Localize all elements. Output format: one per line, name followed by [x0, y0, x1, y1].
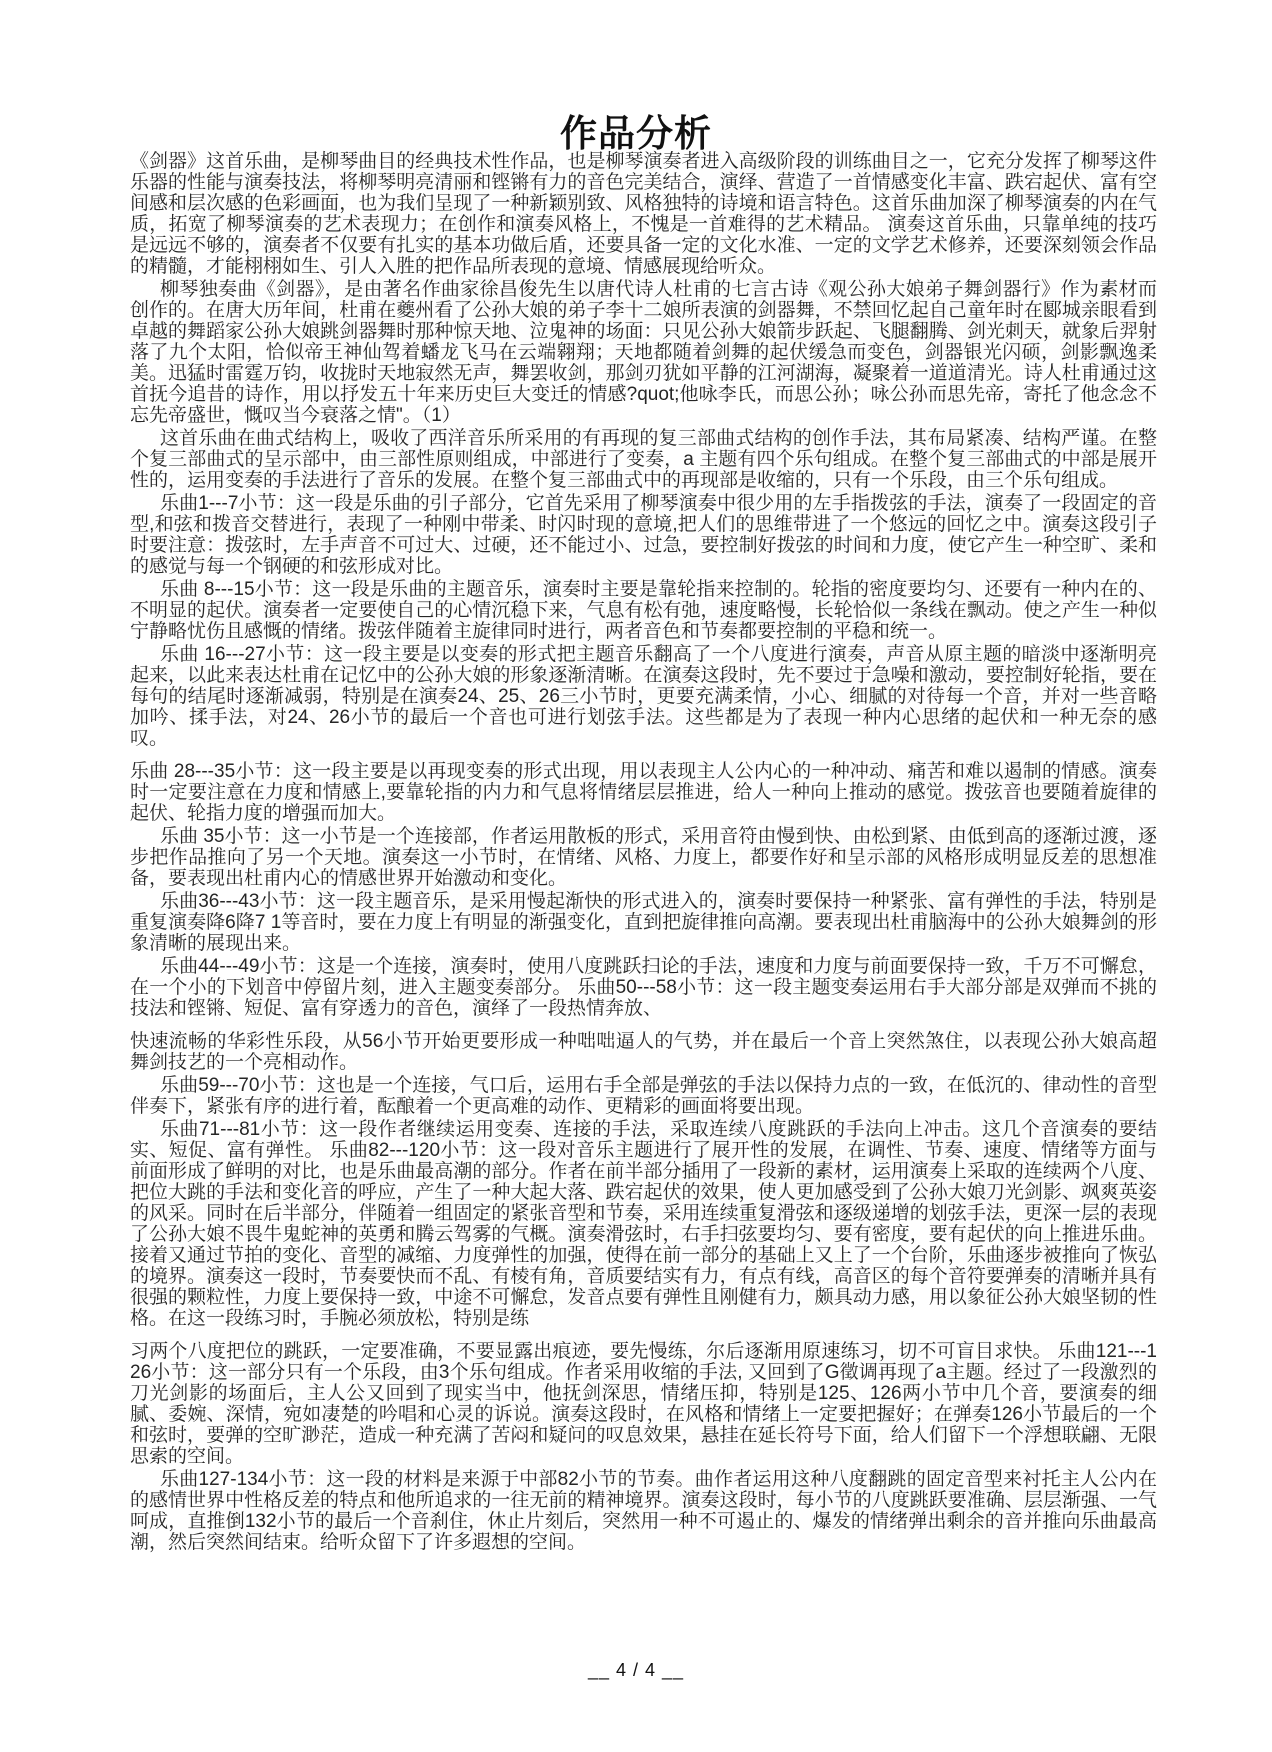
paragraph: 《剑器》这首乐曲，是柳琴曲目的经典技术性作品，也是柳琴演奏者进入高级阶段的训练曲… — [130, 151, 1157, 277]
paragraph: 习两个八度把位的跳跃，一定要准确，不要显露出痕迹，要先慢练，尔后逐渐用原速练习，… — [130, 1341, 1157, 1467]
paragraph: 快速流畅的华彩性乐段，从56小节开始更要形成一种咄咄逼人的气势，并在最后一个音上… — [130, 1031, 1157, 1073]
paragraph: 乐曲 28---35小节：这一段主要是以再现变奏的形式出现，用以表现主人公内心的… — [130, 761, 1157, 824]
paragraph: 乐曲1---7小节：这一段是乐曲的引子部分，它首先采用了柳琴演奏中很少用的左手指… — [130, 493, 1157, 577]
paragraph: 乐曲36---43小节：这一段主题音乐，是采用慢起渐快的形式进入的，演奏时要保持… — [130, 891, 1157, 954]
paragraph: 乐曲127-134小节：这一段的材料是来源于中部82小节的节奏。曲作者运用这种八… — [130, 1469, 1157, 1553]
page-title: 作品分析 — [0, 103, 1272, 157]
paragraph: 这首乐曲在曲式结构上，吸收了西洋音乐所采用的有再现的复三部曲式结构的创作手法，其… — [130, 428, 1157, 491]
page-number-footer: __ 4 / 4 __ — [0, 1660, 1272, 1681]
document-page: 作品分析 《剑器》这首乐曲，是柳琴曲目的经典技术性作品，也是柳琴演奏者进入高级阶… — [0, 0, 1272, 1752]
paragraph: 柳琴独奏曲《剑器》，是由著名作曲家徐昌俊先生以唐代诗人杜甫的七言古诗《观公孙大娘… — [130, 279, 1157, 426]
paragraph: 乐曲 16---27小节：这一段主要是以变奏的形式把主题音乐翻高了一个八度进行演… — [130, 644, 1157, 749]
paragraph: 乐曲71---81小节：这一段作者继续运用变奏、连接的手法，采取连续八度跳跃的手… — [130, 1119, 1157, 1329]
paragraph: 乐曲59---70小节：这也是一个连接，气口后，运用右手全部是弹弦的手法以保持力… — [130, 1075, 1157, 1117]
paragraph: 乐曲 35小节：这一小节是一个连接部，作者运用散板的形式，采用音符由慢到快、由松… — [130, 826, 1157, 889]
paragraph: 乐曲44---49小节：这是一个连接，演奏时，使用八度跳跃扫论的手法，速度和力度… — [130, 956, 1157, 1019]
paragraph: 乐曲 8---15小节：这一段是乐曲的主题音乐，演奏时主要是靠轮指来控制的。轮指… — [130, 579, 1157, 642]
document-body: 《剑器》这首乐曲，是柳琴曲目的经典技术性作品，也是柳琴演奏者进入高级阶段的训练曲… — [130, 151, 1157, 1555]
